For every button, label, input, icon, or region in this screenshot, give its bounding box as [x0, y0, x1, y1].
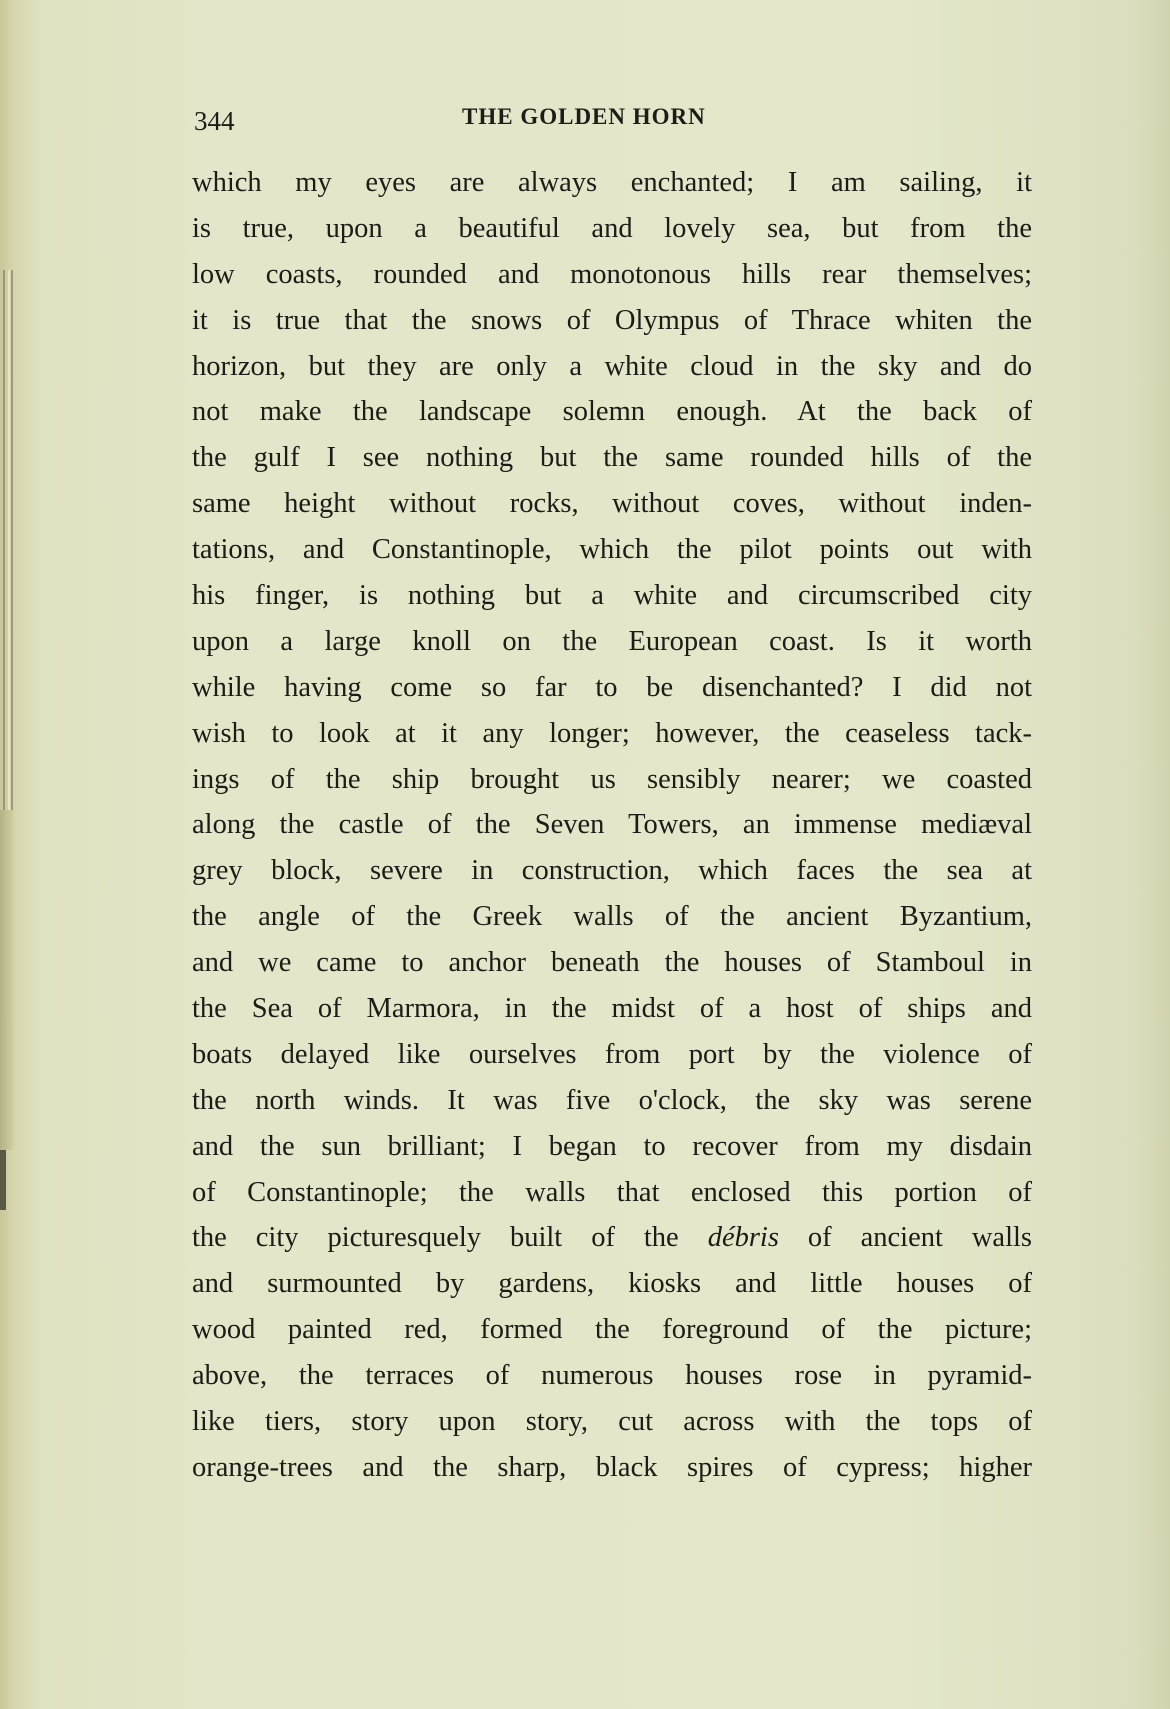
text-segment: the city picturesquely built of the — [192, 1222, 708, 1253]
text-line: boats delayed like ourselves from port b… — [192, 1032, 1032, 1078]
text-line: which my eyes are always enchanted; I am… — [192, 160, 1032, 206]
text-line: his finger, is nothing but a white and c… — [192, 573, 1032, 619]
running-head: 344 THE GOLDEN HORN — [194, 98, 1034, 138]
text-line: low coasts, rounded and monotonous hills… — [192, 252, 1032, 298]
running-title: THE GOLDEN HORN — [462, 104, 706, 130]
text-line: same height without rocks, without coves… — [192, 481, 1032, 527]
page-number: 344 — [194, 106, 235, 137]
page-edge-dark-mark — [0, 1150, 6, 1210]
text-line: the angle of the Greek walls of the anci… — [192, 894, 1032, 940]
text-line: above, the terraces of numerous houses r… — [192, 1353, 1032, 1399]
text-line: tations, and Constantinople, which the p… — [192, 527, 1032, 573]
page-edge-line — [3, 270, 5, 810]
text-line: wish to look at it any longer; however, … — [192, 711, 1032, 757]
page-edge-highlight — [8, 270, 10, 810]
text-line: and surmounted by gardens, kiosks and li… — [192, 1261, 1032, 1307]
text-line: grey block, severe in construction, whic… — [192, 848, 1032, 894]
text-segment: of ancient walls — [779, 1222, 1032, 1253]
text-line: the gulf I see nothing but the same roun… — [192, 435, 1032, 481]
text-line: upon a large knoll on the European coast… — [192, 619, 1032, 665]
text-line: and the sun brilliant; I began to recove… — [192, 1124, 1032, 1170]
body-text: which my eyes are always enchanted; I am… — [192, 160, 1032, 1491]
text-line: wood painted red, formed the foreground … — [192, 1307, 1032, 1353]
text-line: and we came to anchor beneath the houses… — [192, 940, 1032, 986]
book-spine-edge — [0, 0, 14, 1709]
text-line: the Sea of Marmora, in the midst of a ho… — [192, 986, 1032, 1032]
text-line: horizon, but they are only a white cloud… — [192, 344, 1032, 390]
text-line: ings of the ship brought us sensibly nea… — [192, 757, 1032, 803]
text-line: not make the landscape solemn enough. At… — [192, 389, 1032, 435]
text-line: the north winds. It was five o'clock, th… — [192, 1078, 1032, 1124]
page-edge-line — [11, 270, 13, 810]
text-line: of Constantinople; the walls that enclos… — [192, 1170, 1032, 1216]
text-line: like tiers, story upon story, cut across… — [192, 1399, 1032, 1445]
text-line: while having come so far to be disenchan… — [192, 665, 1032, 711]
italic-word: débris — [708, 1222, 779, 1253]
text-line: orange-trees and the sharp, black spires… — [192, 1445, 1032, 1491]
text-line: is true, upon a beautiful and lovely sea… — [192, 206, 1032, 252]
page-edge-shadow — [0, 810, 14, 1150]
text-line: it is true that the snows of Olympus of … — [192, 298, 1032, 344]
text-line-with-italic: the city picturesquely built of the débr… — [192, 1215, 1032, 1261]
text-line: along the castle of the Seven Towers, an… — [192, 802, 1032, 848]
